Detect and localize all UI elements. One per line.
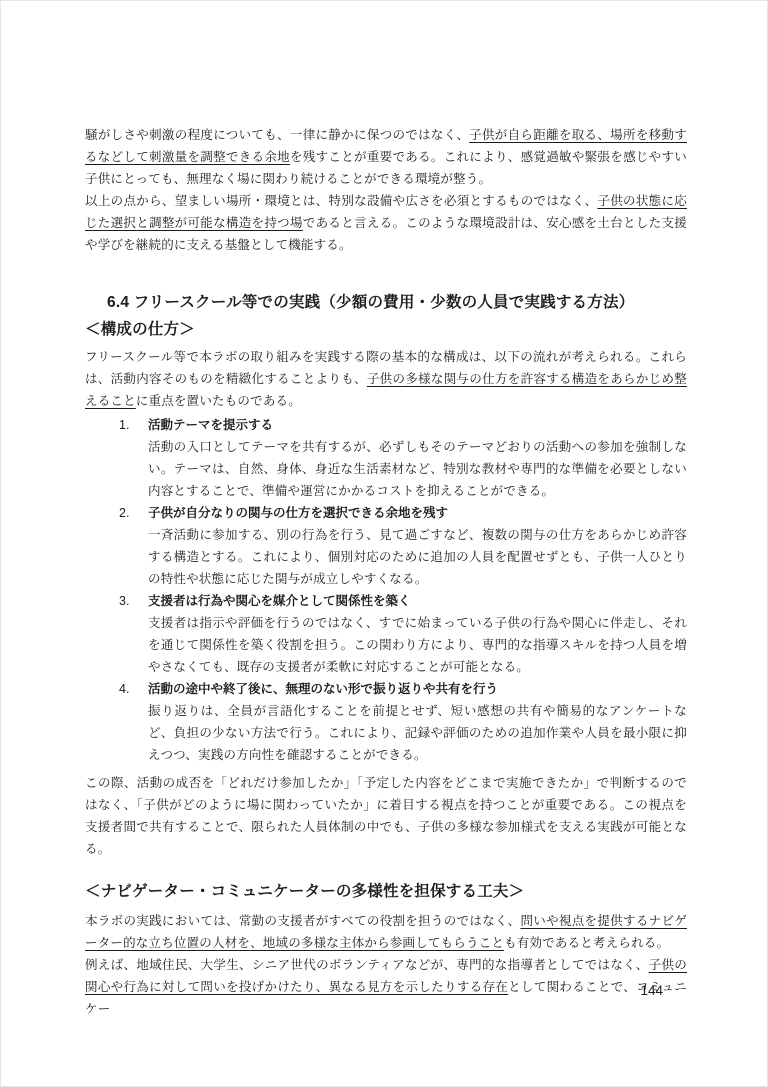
list-item-1: 1.活動テーマを提示する 活動の入口としてテーマを共有するが、必ずしもそのテーマ…: [85, 414, 687, 502]
steps-list: 1.活動テーマを提示する 活動の入口としてテーマを共有するが、必ずしもそのテーマ…: [85, 414, 687, 766]
paragraph-stimulus: 騒がしさや刺激の程度についても、一律に静かに保つのではなく、子供が自ら距離を取る…: [85, 124, 687, 190]
text-run: 本ラボの実践においては、常勤の支援者がすべての役割を担うのではなく、: [85, 914, 520, 928]
list-item-title: 活動の途中や終了後に、無理のない形で振り返りや共有を行う: [148, 682, 498, 696]
paragraph-navigator-1: 本ラボの実践においては、常勤の支援者がすべての役割を担うのではなく、問いや視点を…: [85, 910, 687, 954]
list-item-number: 3.: [119, 590, 148, 612]
page-content: 騒がしさや刺激の程度についても、一律に静かに保つのではなく、子供が自ら距離を取る…: [85, 124, 687, 1020]
paragraph-composition: フリースクール等で本ラボの取り組みを実践する際の基本的な構成は、以下の流れが考え…: [85, 346, 687, 412]
list-item-body: 振り返りは、全員が言語化することを前提とせず、短い感想の共有や簡易的なアンケート…: [148, 700, 687, 766]
list-item-number: 2.: [119, 502, 148, 524]
subheading-composition: ＜構成の仕方＞: [85, 318, 687, 342]
list-item-heading: 3.支援者は行為や関心を媒介として関係性を築く: [85, 590, 687, 612]
text-run: 以上の点から、望ましい場所・環境とは、特別な設備や広さを必須とするものではなく、: [85, 194, 597, 208]
list-item-body: 活動の入口としてテーマを共有するが、必ずしもそのテーマどおりの活動への参加を強制…: [148, 436, 687, 502]
list-item-heading: 1.活動テーマを提示する: [85, 414, 687, 436]
text-run: 騒がしさや刺激の程度についても、一律に静かに保つのではなく、: [85, 128, 469, 142]
paragraph-evaluation: この際、活動の成否を「どれだけ参加したか」「予定した内容をどこまで実施できたか」…: [85, 772, 687, 860]
document-page: 騒がしさや刺激の程度についても、一律に静かに保つのではなく、子供が自ら距離を取る…: [0, 0, 768, 1087]
list-item-body: 支援者は指示や評価を行うのではなく、すでに始まっている子供の行為や関心に伴走し、…: [148, 612, 687, 678]
list-item-title: 活動テーマを提示する: [148, 418, 273, 432]
page-number: 144: [640, 983, 663, 999]
list-item-number: 1.: [119, 414, 148, 436]
text-run: に重点を置いたものである。: [136, 394, 301, 408]
subheading-navigator: ＜ナビゲーター・コミュニケーターの多様性を担保する工夫＞: [85, 880, 687, 904]
list-item-number: 4.: [119, 678, 148, 700]
text-run: 例えば、地域住民、大学生、シニア世代のボランティアなどが、専門的な指導者としてで…: [85, 958, 649, 972]
section-heading-6-4: 6.4 フリースクール等での実践（少額の費用・少数の人員で実践する方法）: [107, 292, 687, 314]
list-item-title: 支援者は行為や関心を媒介として関係性を築く: [148, 594, 411, 608]
list-item-2: 2.子供が自分なりの関与の仕方を選択できる余地を残す 一斉活動に参加する、別の行…: [85, 502, 687, 590]
list-item-4: 4.活動の途中や終了後に、無理のない形で振り返りや共有を行う 振り返りは、全員が…: [85, 678, 687, 766]
text-run: も有効であると考えられる。: [504, 936, 669, 950]
list-item-3: 3.支援者は行為や関心を媒介として関係性を築く 支援者は指示や評価を行うのではな…: [85, 590, 687, 678]
list-item-title: 子供が自分なりの関与の仕方を選択できる余地を残す: [148, 506, 448, 520]
paragraph-environment: 以上の点から、望ましい場所・環境とは、特別な設備や広さを必須とするものではなく、…: [85, 190, 687, 256]
list-item-body: 一斉活動に参加する、別の行為を行う、見て過ごすなど、複数の関与の仕方をあらかじめ…: [148, 524, 687, 590]
paragraph-navigator-2: 例えば、地域住民、大学生、シニア世代のボランティアなどが、専門的な指導者としてで…: [85, 954, 687, 1020]
list-item-heading: 4.活動の途中や終了後に、無理のない形で振り返りや共有を行う: [85, 678, 687, 700]
list-item-heading: 2.子供が自分なりの関与の仕方を選択できる余地を残す: [85, 502, 687, 524]
